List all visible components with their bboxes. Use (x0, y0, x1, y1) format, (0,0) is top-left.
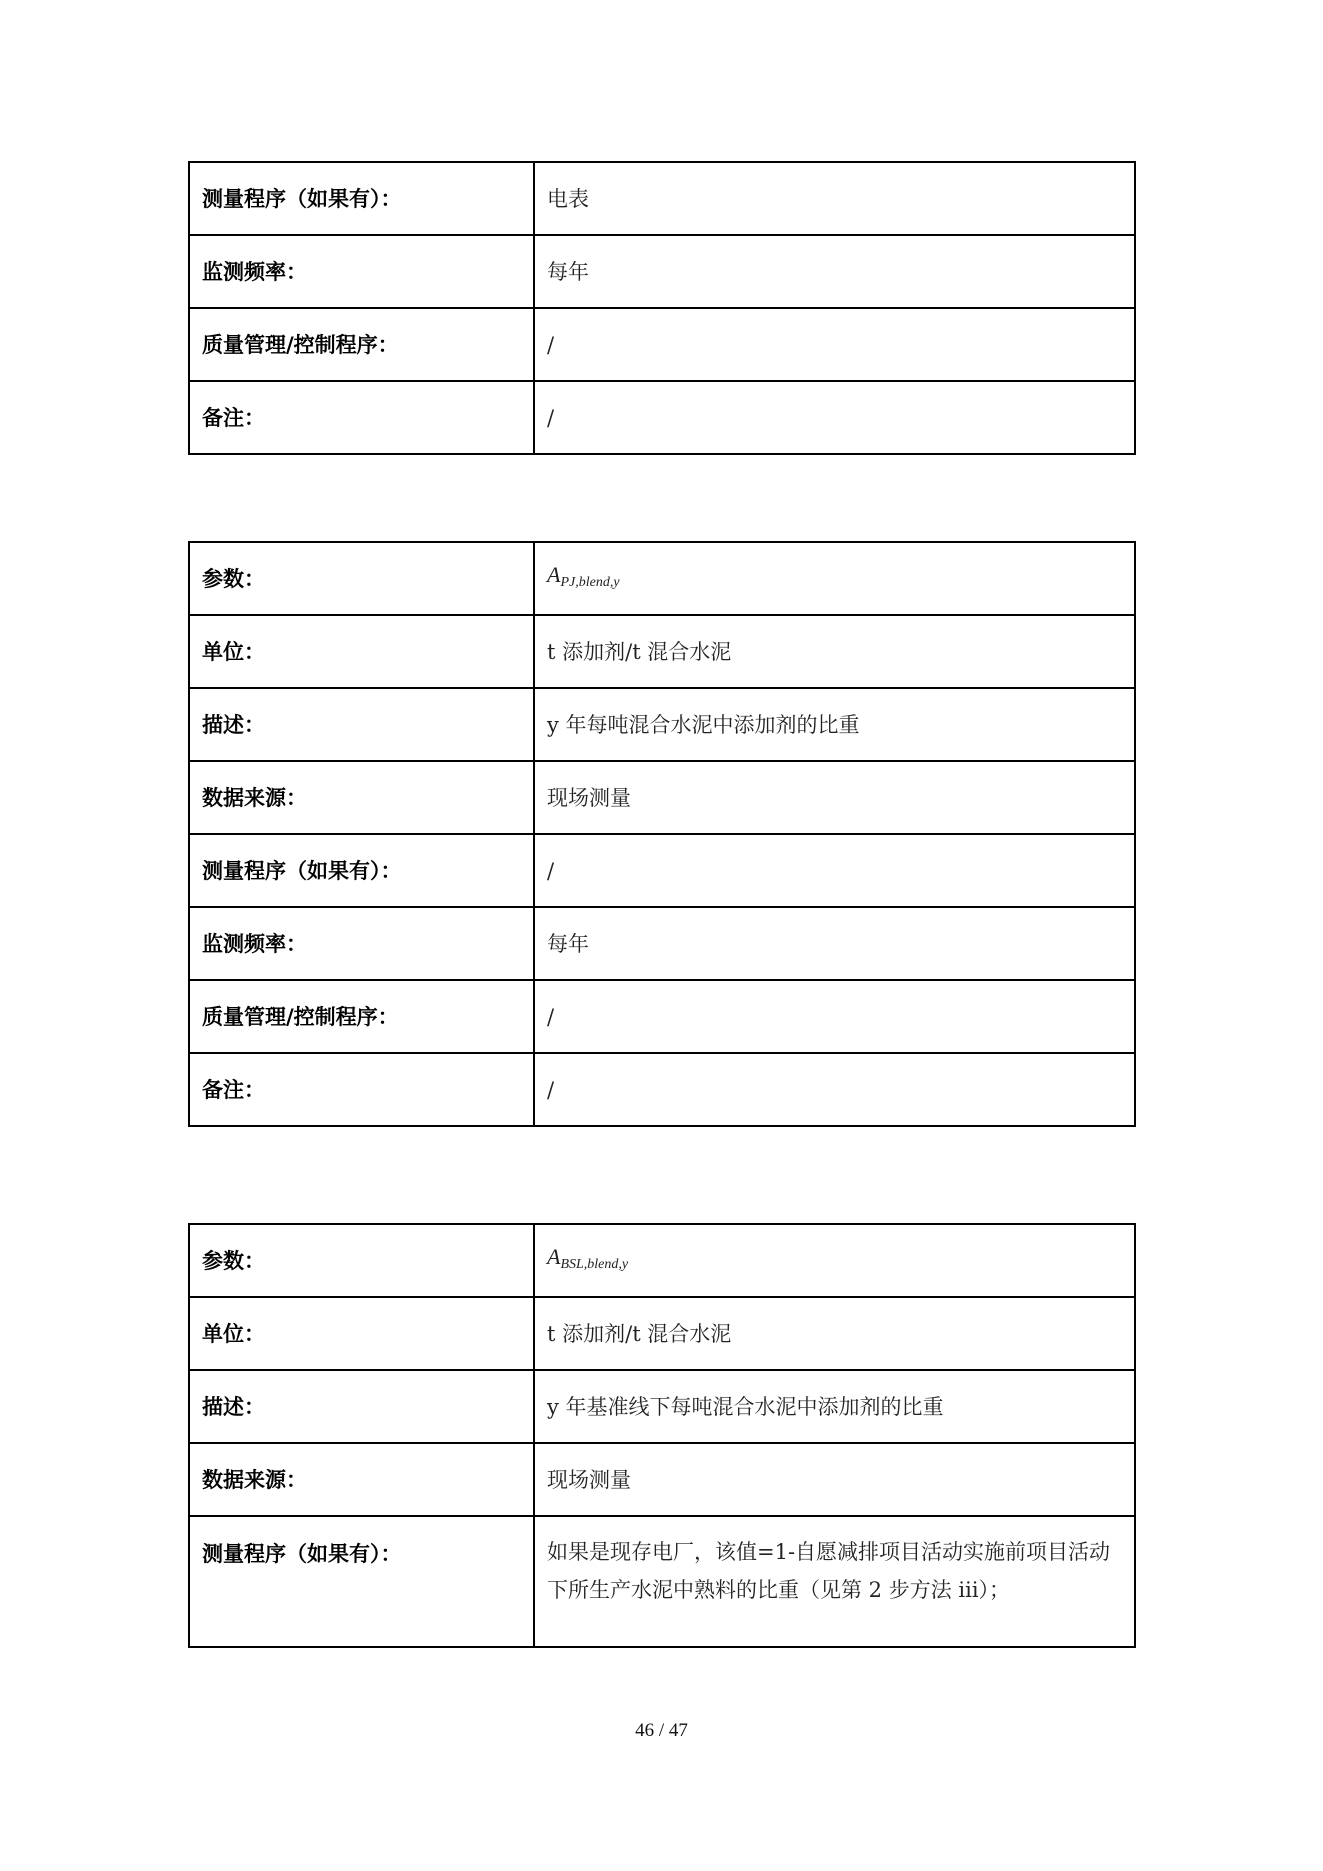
row-label: 测量程序（如果有）： (189, 834, 534, 907)
table-row: 质量管理/控制程序： / (189, 980, 1135, 1053)
parameter-symbol: ABSL,blend,y (534, 1224, 1135, 1297)
row-value: y 年每吨混合水泥中添加剂的比重 (534, 688, 1135, 761)
table-row: 测量程序（如果有）： / (189, 834, 1135, 907)
row-value: 现场测量 (534, 761, 1135, 834)
math-symbol: APJ,blend,y (547, 562, 620, 587)
row-label: 质量管理/控制程序： (189, 980, 534, 1053)
table-row: 数据来源： 现场测量 (189, 761, 1135, 834)
parameter-table-a-pj-blend: 参数： APJ,blend,y 单位： t 添加剂/t 混合水泥 描述： y 年… (188, 541, 1136, 1127)
table-row: 测量程序（如果有）： 电表 (189, 162, 1135, 235)
row-value: 现场测量 (534, 1443, 1135, 1516)
row-value: t 添加剂/t 混合水泥 (534, 1297, 1135, 1370)
math-subscript: PJ,blend,y (560, 575, 619, 590)
row-label: 描述： (189, 1370, 534, 1443)
table-row: 单位： t 添加剂/t 混合水泥 (189, 615, 1135, 688)
table-row: 监测频率： 每年 (189, 907, 1135, 980)
row-label: 参数： (189, 542, 534, 615)
math-symbol: ABSL,blend,y (547, 1244, 628, 1269)
row-value: / (534, 381, 1135, 454)
page-number: 46 / 47 (0, 1720, 1323, 1742)
row-label: 数据来源： (189, 1443, 534, 1516)
row-label: 备注： (189, 1053, 534, 1126)
row-value: 每年 (534, 907, 1135, 980)
row-label: 监测频率： (189, 235, 534, 308)
row-value: t 添加剂/t 混合水泥 (534, 615, 1135, 688)
row-value: / (534, 1053, 1135, 1126)
table-row: 质量管理/控制程序： / (189, 308, 1135, 381)
table-row: 备注： / (189, 381, 1135, 454)
row-label: 单位： (189, 615, 534, 688)
row-value: / (534, 834, 1135, 907)
row-value: 电表 (534, 162, 1135, 235)
row-label: 描述： (189, 688, 534, 761)
table-row-parameter: 参数： ABSL,blend,y (189, 1224, 1135, 1297)
row-value: y 年基准线下每吨混合水泥中添加剂的比重 (534, 1370, 1135, 1443)
row-label: 单位： (189, 1297, 534, 1370)
row-label: 备注： (189, 381, 534, 454)
table-row: 描述： y 年每吨混合水泥中添加剂的比重 (189, 688, 1135, 761)
table-row: 测量程序（如果有）： 如果是现存电厂，该值=1-自愿减排项目活动实施前项目活动下… (189, 1516, 1135, 1647)
row-label: 参数： (189, 1224, 534, 1297)
row-label: 测量程序（如果有）： (189, 1516, 534, 1647)
row-value: 每年 (534, 235, 1135, 308)
table-row: 备注： / (189, 1053, 1135, 1126)
row-value: 如果是现存电厂，该值=1-自愿减排项目活动实施前项目活动下所生产水泥中熟料的比重… (534, 1516, 1135, 1647)
row-value: / (534, 308, 1135, 381)
row-label: 监测频率： (189, 907, 534, 980)
row-label: 质量管理/控制程序： (189, 308, 534, 381)
row-value: / (534, 980, 1135, 1053)
table-row: 描述： y 年基准线下每吨混合水泥中添加剂的比重 (189, 1370, 1135, 1443)
table-row: 监测频率： 每年 (189, 235, 1135, 308)
parameter-table-a-bsl-blend: 参数： ABSL,blend,y 单位： t 添加剂/t 混合水泥 描述： y … (188, 1223, 1136, 1648)
table-row: 单位： t 添加剂/t 混合水泥 (189, 1297, 1135, 1370)
table-row-parameter: 参数： APJ,blend,y (189, 542, 1135, 615)
row-label: 数据来源： (189, 761, 534, 834)
table-row: 数据来源： 现场测量 (189, 1443, 1135, 1516)
row-label: 测量程序（如果有）： (189, 162, 534, 235)
parameter-table-continued: 测量程序（如果有）： 电表 监测频率： 每年 质量管理/控制程序： / 备注： … (188, 161, 1136, 455)
parameter-symbol: APJ,blend,y (534, 542, 1135, 615)
math-subscript: BSL,blend,y (560, 1257, 628, 1272)
